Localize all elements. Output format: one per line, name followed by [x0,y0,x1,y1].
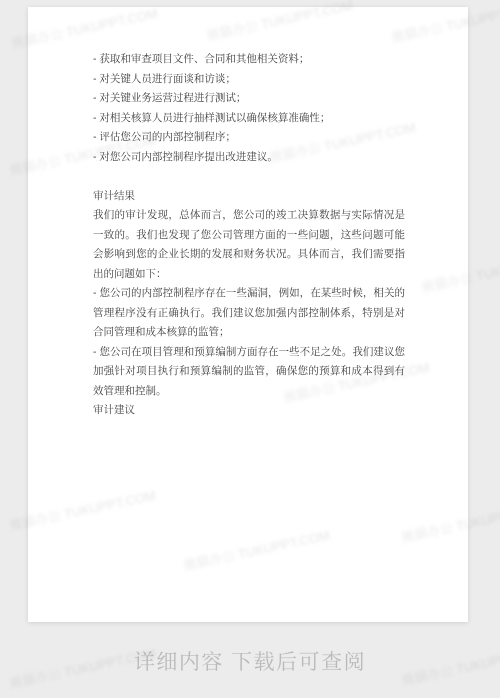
procedure-item: - 评估您公司的内部控制程序； [93,128,405,148]
audit-procedures-list: - 获取和审查项目文件、合同和其他相关资料； - 对关键人员进行面谈和访谈； -… [93,50,405,167]
procedure-item: - 获取和审查项目文件、合同和其他相关资料； [93,50,405,70]
suggestions-heading: 审计建议 [93,401,405,421]
finding-item: - 您公司的内部控制程序存在一些漏洞，例如，在某些时候，相关的管理程序没有正确执… [93,284,405,343]
document-preview: - 获取和审查项目文件、合同和其他相关资料； - 对关键人员进行面谈和访谈； -… [0,0,500,698]
document-page: - 获取和审查项目文件、合同和其他相关资料； - 对关键人员进行面谈和访谈； -… [28,7,468,622]
results-intro-paragraph: 我们的审计发现，总体而言，您公司的竣工决算数据与实际情况是一致的。我们也发现了您… [93,206,405,284]
procedure-item: - 对您公司内部控制程序提出改进建议。 [93,148,405,168]
results-heading: 审计结果 [93,187,405,207]
page-content: - 获取和审查项目文件、合同和其他相关资料； - 对关键人员进行面谈和访谈； -… [93,50,405,421]
procedure-item: - 对关键业务运营过程进行测试； [93,89,405,109]
procedure-item: - 对相关核算人员进行抽样测试以确保核算准确性； [93,109,405,129]
procedure-item: - 对关键人员进行面谈和访谈； [93,70,405,90]
preview-caption: 详细内容 下载后可查阅 [0,646,500,676]
finding-item: - 您公司在项目管理和预算编制方面存在一些不足之处。我们建议您加强针对项目执行和… [93,343,405,402]
